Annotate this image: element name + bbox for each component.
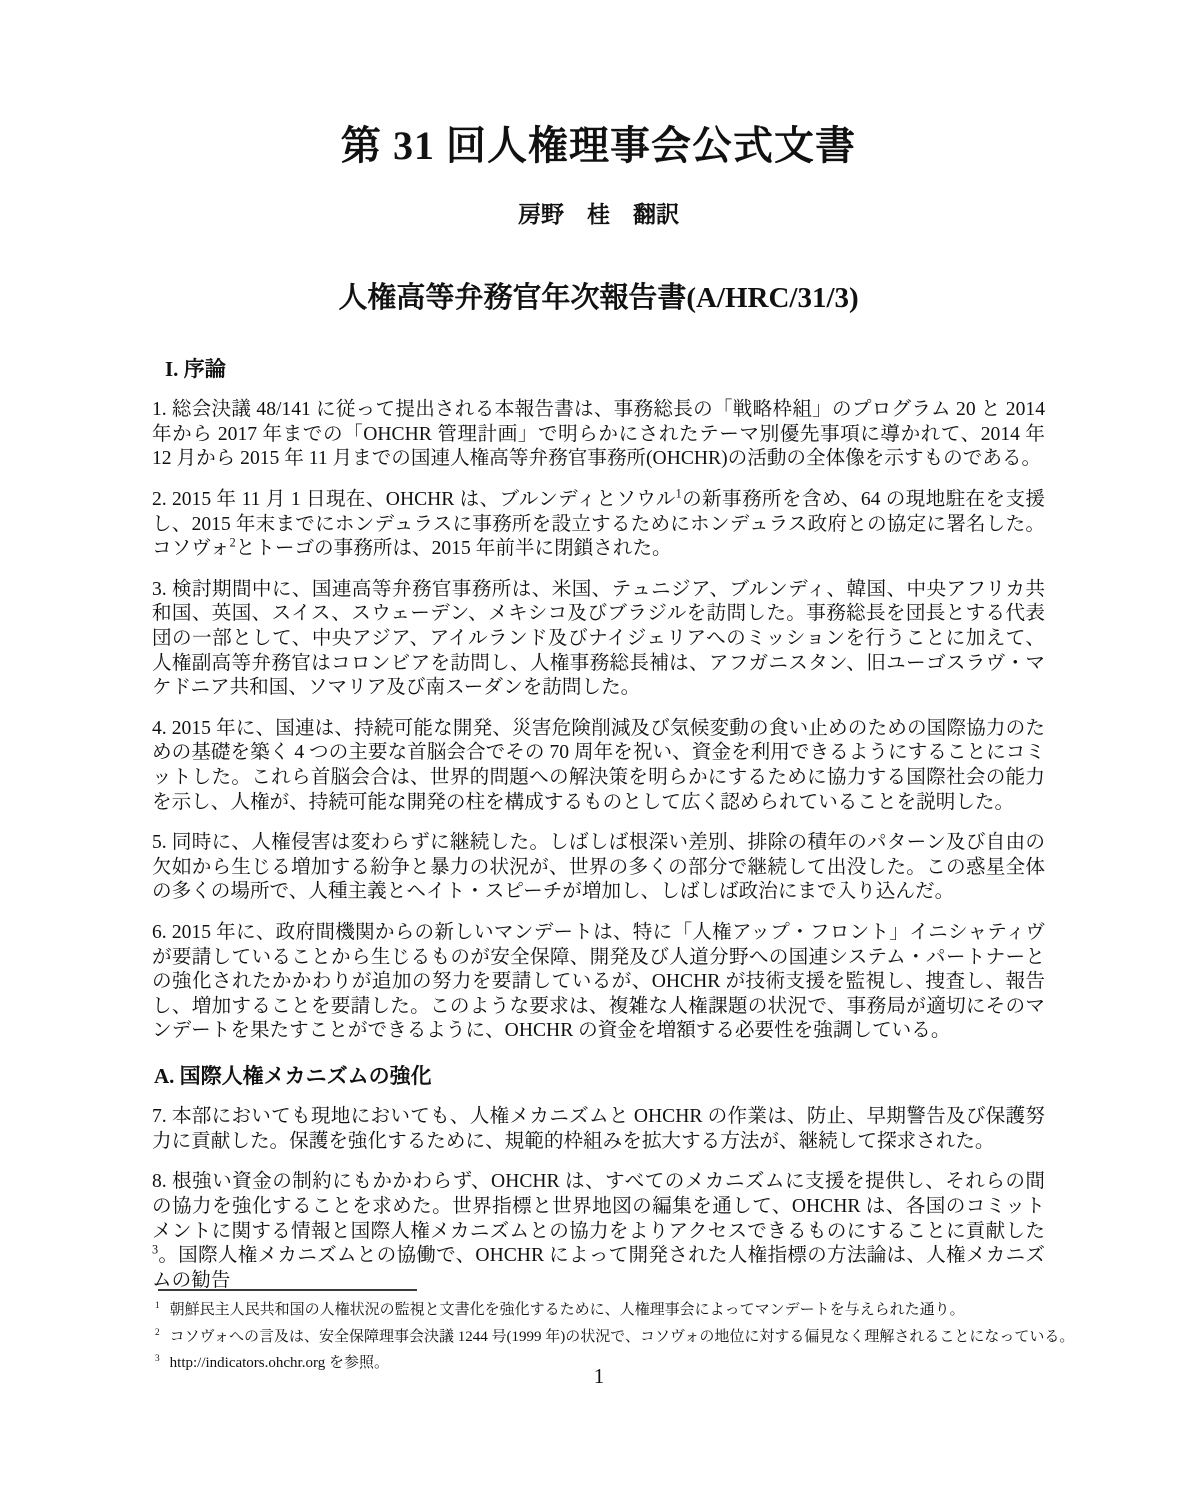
report-title: 人権高等弁務官年次報告書(A/HRC/31/3)	[152, 275, 1045, 316]
paragraph-1: 1. 総会決議 48/141 に従って提出される本報告書は、事務総長の「戦略枠組…	[152, 398, 1045, 472]
page-number: 1	[0, 1364, 1198, 1389]
paragraph-5: 5. 同時に、人権侵害は変わらずに継続した。しばしば根深い差別、排除の積年のパタ…	[152, 831, 1045, 905]
footnote-1-text: 朝鮮民主人民共和国の人権状況の監視と文書化を強化するために、人権理事会によってマ…	[170, 1302, 965, 1318]
translator-line: 房野 桂 翻訳	[152, 196, 1045, 229]
section-heading-mechanisms: A. 国際人権メカニズムの強化	[152, 1063, 1045, 1089]
paragraph-8: 8. 根強い資金の制約にもかかわらず、OHCHR は、すべてのメカニズムに支援を…	[152, 1170, 1045, 1293]
paragraph-6: 6. 2015 年に、政府間機関からの新しいマンデートは、特に「人権アップ・フロ…	[152, 921, 1045, 1044]
footnote-2: 2コソヴォへの言及は、安全保障理事会決議 1244 号(1999 年)の状況で、…	[155, 1324, 1048, 1351]
section-heading-introduction: I. 序論	[152, 356, 1045, 382]
footnote-1: 1朝鮮民主人民共和国の人権状況の監視と文書化を強化するために、人権理事会によって…	[155, 1297, 1048, 1324]
paragraph-2: 2. 2015 年 11 月 1 日現在、OHCHR は、ブルンディとソウル1の…	[152, 488, 1045, 562]
document-content: 第 31 回人権理事会公式文書 房野 桂 翻訳 人権高等弁務官年次報告書(A/H…	[0, 122, 1198, 1293]
paragraph-3: 3. 検討期間中に、国連高等弁務官事務所は、米国、テュニジア、ブルンディ、韓国、…	[152, 578, 1045, 701]
paragraph-7: 7. 本部においても現地においても、人権メカニズムと OHCHR の作業は、防止…	[152, 1105, 1045, 1154]
document-page: 第 31 回人権理事会公式文書 房野 桂 翻訳 人権高等弁務官年次報告書(A/H…	[0, 0, 1198, 1500]
footnote-separator-rule	[158, 1289, 417, 1291]
document-title: 第 31 回人権理事会公式文書	[152, 122, 1045, 170]
paragraph-4: 4. 2015 年に、国連は、持続可能な開発、災害危険削減及び気候変動の食い止め…	[152, 717, 1045, 815]
footnote-2-text: コソヴォへの言及は、安全保障理事会決議 1244 号(1999 年)の状況で、コ…	[170, 1329, 1075, 1345]
